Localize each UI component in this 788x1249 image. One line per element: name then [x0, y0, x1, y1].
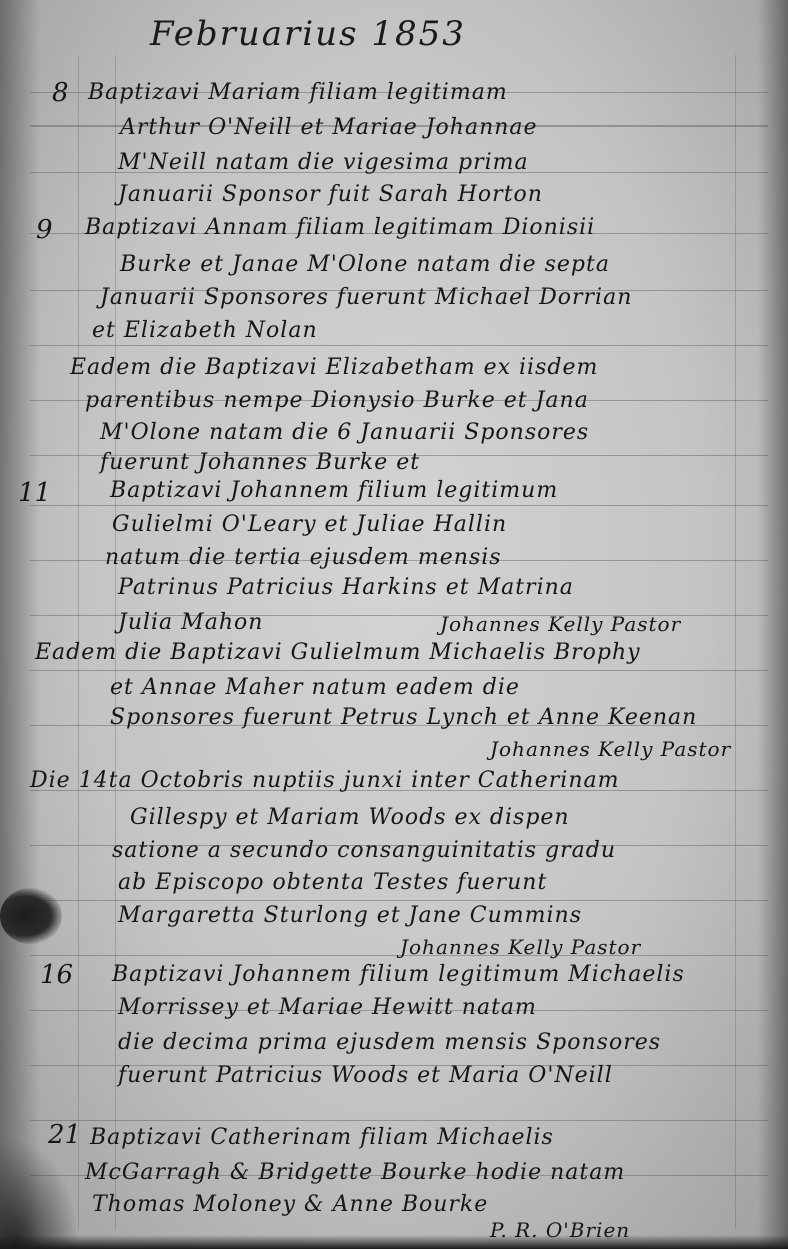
entry-line: Baptizavi Mariam filiam legitimam [88, 80, 508, 105]
entry-line: M'Olone natam die 6 Januarii Sponsores [100, 420, 589, 445]
ink-blot [0, 888, 62, 944]
entry-line: Arthur O'Neill et Mariae Johannae [120, 115, 538, 140]
entry-date: 11 [18, 478, 51, 508]
entry-line: Baptizavi Catherinam filiam Michaelis [90, 1125, 554, 1150]
register-page: Februarius 1853 8 Baptizavi Mariam filia… [0, 0, 788, 1249]
entry-line: Margaretta Sturlong et Jane Cummins [118, 903, 582, 928]
entry-line: Patrinus Patricius Harkins et Matrina [118, 575, 574, 600]
pastor-signature: Johannes Kelly Pastor [490, 737, 731, 761]
entry-line: M'Neill natam die vigesima prima [118, 150, 529, 175]
ruled-line [30, 345, 768, 346]
entry-line: et Elizabeth Nolan [92, 318, 318, 343]
entry-date: 16 [40, 960, 73, 990]
ruled-line [30, 1120, 768, 1121]
entry-line: Baptizavi Johannem filium legitimum Mich… [112, 962, 685, 987]
entry-line: Baptizavi Annam filiam legitimam Dionisi… [85, 215, 595, 240]
page-shadow-left [0, 0, 40, 1249]
entry-line: fuerunt Johannes Burke et [100, 450, 420, 475]
pastor-signature: Johannes Kelly Pastor [440, 612, 681, 636]
entry-line: Morrissey et Mariae Hewitt natam [118, 995, 537, 1020]
entry-line: die decima prima ejusdem mensis Sponsore… [118, 1030, 661, 1055]
entry-line: McGarragh & Bridgette Bourke hodie natam [85, 1160, 625, 1185]
entry-line: Sponsores fuerunt Petrus Lynch et Anne K… [110, 705, 697, 730]
entry-line: Eadem die Baptizavi Elizabetham ex iisde… [70, 355, 598, 380]
entry-date: 8 [52, 78, 69, 108]
priest-signature: P. R. O'Brien [490, 1218, 630, 1242]
entry-line: fuerunt Patricius Woods et Maria O'Neill [118, 1063, 613, 1088]
entry-line: parentibus nempe Dionysio Burke et Jana [85, 388, 589, 413]
entry-line: Baptizavi Johannem filium legitimum [110, 478, 558, 503]
pastor-signature: Johannes Kelly Pastor [400, 935, 641, 959]
entry-line: Julia Mahon [118, 610, 263, 635]
ruled-line [30, 955, 768, 956]
entry-line: et Annae Maher natum eadem die [110, 675, 520, 700]
entry-line: Gillespy et Mariam Woods ex dispen [130, 805, 570, 830]
page-corner-shadow [0, 1139, 80, 1249]
ruled-line [30, 505, 768, 506]
entry-date: 9 [36, 215, 53, 245]
page-shadow-right [758, 0, 788, 1249]
ruled-line [30, 900, 768, 901]
entry-line: Januarii Sponsor fuit Sarah Horton [118, 182, 543, 207]
entry-date: 21 [48, 1120, 81, 1150]
entry-line: natum die tertia ejusdem mensis [105, 545, 502, 570]
entry-line: Eadem die Baptizavi Gulielmum Michaelis … [35, 640, 641, 665]
entry-line: Januarii Sponsores fuerunt Michael Dorri… [100, 285, 632, 310]
entry-line: satione a secundo consanguinitatis gradu [112, 838, 616, 863]
entry-line: Gulielmi O'Leary et Juliae Hallin [112, 512, 507, 537]
page-bottom-edge [0, 1235, 788, 1249]
entry-line: Die 14ta Octobris nuptiis junxi inter Ca… [30, 768, 619, 793]
ruled-line [30, 670, 768, 671]
entry-line: Thomas Moloney & Anne Bourke [92, 1192, 488, 1217]
page-title: Februarius 1853 [150, 14, 466, 54]
entry-line: ab Episcopo obtenta Testes fuerunt [118, 870, 547, 895]
margin-line [735, 55, 736, 1229]
entry-line: Burke et Janae M'Olone natam die septa [120, 252, 610, 277]
